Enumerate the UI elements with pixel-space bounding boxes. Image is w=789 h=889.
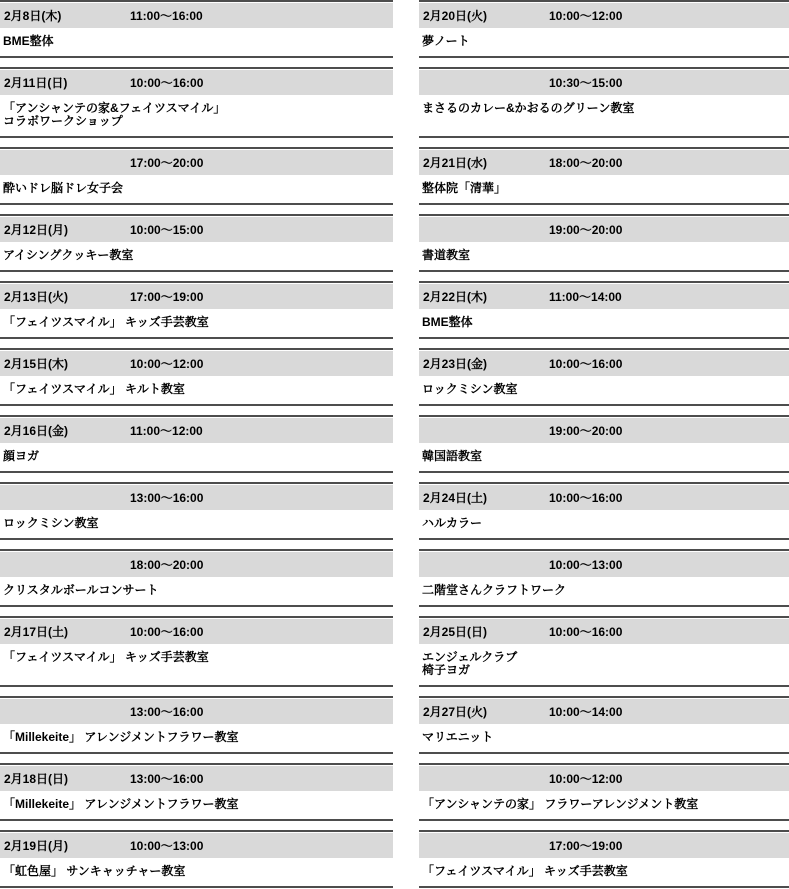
event-date: 2月16日(金) xyxy=(0,422,130,439)
event-title: マリエニット xyxy=(419,724,789,752)
event-date: 2月20日(火) xyxy=(419,7,549,24)
event-time: 13:00～16:00 xyxy=(130,770,203,787)
event-cell: 2月13日(火)17:00～19:00「フェイツスマイル」 キッズ手芸教室 xyxy=(0,281,393,339)
event-date: 2月23日(金) xyxy=(419,355,549,372)
event-cell: 19:00～20:00韓国語教室 xyxy=(419,415,789,473)
event-header-bar: 2月17日(土)10:00～16:00 xyxy=(0,619,393,644)
event-header-bar: 10:00～13:00 xyxy=(419,552,789,577)
event-title: アイシングクッキー教室 xyxy=(0,242,393,270)
event-time: 10:00～14:00 xyxy=(549,703,622,720)
event-time: 10:00～15:00 xyxy=(130,221,203,238)
event-cell: 2月23日(金)10:00～16:00ロックミシン教室 xyxy=(419,348,789,406)
event-cell: 13:00～16:00「Millekeite」 アレンジメントフラワー教室 xyxy=(0,696,393,754)
event-time: 19:00～20:00 xyxy=(549,422,622,439)
event-title: 顔ヨガ xyxy=(0,443,393,471)
event-cell: 2月19日(月)10:00～13:00「虹色屋」 サンキャッチャー教室 xyxy=(0,830,393,888)
event-header-bar: 2月20日(火)10:00～12:00 xyxy=(419,3,789,28)
event-cell: 18:00～20:00クリスタルボールコンサート xyxy=(0,549,393,607)
event-cell: 2月22日(木)11:00～14:00BME整体 xyxy=(419,281,789,339)
event-time: 17:00～19:00 xyxy=(130,288,203,305)
event-cell: 2月17日(土)10:00～16:00「フェイツスマイル」 キッズ手芸教室 xyxy=(0,616,393,687)
event-cell: 13:00～16:00ロックミシン教室 xyxy=(0,482,393,540)
event-time: 11:00～16:00 xyxy=(130,7,203,24)
event-title: 「フェイツスマイル」 キルト教室 xyxy=(0,376,393,404)
event-header-bar: 2月8日(木)11:00～16:00 xyxy=(0,3,393,28)
event-title: エンジェルクラブ 椅子ヨガ xyxy=(419,644,789,685)
event-header-bar: 2月19日(月)10:00～13:00 xyxy=(0,833,393,858)
event-title: 二階堂さんクラフトワーク xyxy=(419,577,789,605)
event-date: 2月18日(日) xyxy=(0,770,130,787)
event-cell: 2月16日(金)11:00～12:00顔ヨガ xyxy=(0,415,393,473)
event-time: 18:00～20:00 xyxy=(549,154,622,171)
event-header-bar: 19:00～20:00 xyxy=(419,217,789,242)
event-header-bar: 19:00～20:00 xyxy=(419,418,789,443)
event-header-bar: 2月13日(火)17:00～19:00 xyxy=(0,284,393,309)
event-cell: 2月18日(日)13:00～16:00「Millekeite」 アレンジメントフ… xyxy=(0,763,393,821)
event-title: 「フェイツスマイル」 キッズ手芸教室 xyxy=(0,644,393,685)
event-header-bar: 2月23日(金)10:00～16:00 xyxy=(419,351,789,376)
event-date: 2月27日(火) xyxy=(419,703,549,720)
event-header-bar: 2月22日(木)11:00～14:00 xyxy=(419,284,789,309)
event-time: 10:30～15:00 xyxy=(549,74,622,91)
event-cell: 17:00～20:00酔いドレ脳ドレ女子会 xyxy=(0,147,393,205)
event-cell: 10:00～13:00二階堂さんクラフトワーク xyxy=(419,549,789,607)
event-date: 2月25日(日) xyxy=(419,623,549,640)
event-cell: 2月12日(月)10:00～15:00アイシングクッキー教室 xyxy=(0,214,393,272)
event-cell: 19:00～20:00書道教室 xyxy=(419,214,789,272)
event-header-bar: 2月27日(火)10:00～14:00 xyxy=(419,699,789,724)
event-title: ロックミシン教室 xyxy=(0,510,393,538)
event-header-bar: 2月18日(日)13:00～16:00 xyxy=(0,766,393,791)
event-title: 整体院「清華」 xyxy=(419,175,789,203)
event-time: 10:00～13:00 xyxy=(549,556,622,573)
event-time: 10:00～16:00 xyxy=(549,623,622,640)
event-cell: 2月27日(火)10:00～14:00マリエニット xyxy=(419,696,789,754)
event-title: 韓国語教室 xyxy=(419,443,789,471)
event-header-bar: 13:00～16:00 xyxy=(0,699,393,724)
event-header-bar: 2月16日(金)11:00～12:00 xyxy=(0,418,393,443)
event-time: 11:00～14:00 xyxy=(549,288,622,305)
event-header-bar: 2月12日(月)10:00～15:00 xyxy=(0,217,393,242)
event-cell: 2月24日(土)10:00～16:00ハルカラー xyxy=(419,482,789,540)
event-header-bar: 2月25日(日)10:00～16:00 xyxy=(419,619,789,644)
event-title: 酔いドレ脳ドレ女子会 xyxy=(0,175,393,203)
event-title: 「アンシャンテの家&フェイツスマイル」 コラボワークショップ xyxy=(0,95,393,136)
schedule-page: 2月8日(木)11:00～16:00BME整体2月11日(日)10:00～16:… xyxy=(0,0,789,889)
event-time: 10:00～13:00 xyxy=(130,837,203,854)
event-header-bar: 2月21日(水)18:00～20:00 xyxy=(419,150,789,175)
event-title: 「Millekeite」 アレンジメントフラワー教室 xyxy=(0,791,393,819)
event-cell: 2月15日(木)10:00～12:00「フェイツスマイル」 キルト教室 xyxy=(0,348,393,406)
event-header-bar: 17:00～19:00 xyxy=(419,833,789,858)
event-time: 10:00～16:00 xyxy=(549,489,622,506)
event-time: 18:00～20:00 xyxy=(130,556,203,573)
event-time: 19:00～20:00 xyxy=(549,221,622,238)
event-title: ハルカラー xyxy=(419,510,789,538)
event-cell: 2月8日(木)11:00～16:00BME整体 xyxy=(0,0,393,58)
event-title: 「フェイツスマイル」 キッズ手芸教室 xyxy=(0,309,393,337)
event-date: 2月13日(火) xyxy=(0,288,130,305)
event-date: 2月22日(木) xyxy=(419,288,549,305)
event-time: 11:00～12:00 xyxy=(130,422,203,439)
event-time: 10:00～12:00 xyxy=(549,7,622,24)
event-time: 10:00～16:00 xyxy=(130,623,203,640)
event-date: 2月8日(木) xyxy=(0,7,130,24)
event-date: 2月19日(月) xyxy=(0,837,130,854)
event-header-bar: 18:00～20:00 xyxy=(0,552,393,577)
event-title: 「フェイツスマイル」 キッズ手芸教室 xyxy=(419,858,789,886)
event-title: クリスタルボールコンサート xyxy=(0,577,393,605)
event-header-bar: 2月11日(日)10:00～16:00 xyxy=(0,70,393,95)
event-header-bar: 10:30～15:00 xyxy=(419,70,789,95)
event-title: 「Millekeite」 アレンジメントフラワー教室 xyxy=(0,724,393,752)
event-cell: 2月25日(日)10:00～16:00エンジェルクラブ 椅子ヨガ xyxy=(419,616,789,687)
event-title: 夢ノート xyxy=(419,28,789,56)
event-time: 10:00～12:00 xyxy=(130,355,203,372)
schedule-grid: 2月8日(木)11:00～16:00BME整体2月11日(日)10:00～16:… xyxy=(0,0,789,888)
event-title: 「アンシャンテの家」 フラワーアレンジメント教室 xyxy=(419,791,789,819)
event-time: 10:00～16:00 xyxy=(130,74,203,91)
event-title: 「虹色屋」 サンキャッチャー教室 xyxy=(0,858,393,886)
event-title: まさるのカレー&かおるのグリーン教室 xyxy=(419,95,789,136)
event-header-bar: 17:00～20:00 xyxy=(0,150,393,175)
event-cell: 2月11日(日)10:00～16:00「アンシャンテの家&フェイツスマイル」 コ… xyxy=(0,67,393,138)
event-title: BME整体 xyxy=(419,309,789,337)
event-cell: 10:30～15:00まさるのカレー&かおるのグリーン教室 xyxy=(419,67,789,138)
event-cell: 2月20日(火)10:00～12:00夢ノート xyxy=(419,0,789,58)
event-title: 書道教室 xyxy=(419,242,789,270)
event-time: 17:00～20:00 xyxy=(130,154,203,171)
event-cell: 2月21日(水)18:00～20:00整体院「清華」 xyxy=(419,147,789,205)
event-cell: 10:00～12:00「アンシャンテの家」 フラワーアレンジメント教室 xyxy=(419,763,789,821)
event-date: 2月15日(木) xyxy=(0,355,130,372)
event-date: 2月12日(月) xyxy=(0,221,130,238)
event-header-bar: 2月15日(木)10:00～12:00 xyxy=(0,351,393,376)
event-date: 2月11日(日) xyxy=(0,74,130,91)
event-cell: 17:00～19:00「フェイツスマイル」 キッズ手芸教室 xyxy=(419,830,789,888)
event-title: ロックミシン教室 xyxy=(419,376,789,404)
event-time: 13:00～16:00 xyxy=(130,703,203,720)
event-date: 2月17日(土) xyxy=(0,623,130,640)
event-date: 2月21日(水) xyxy=(419,154,549,171)
event-time: 10:00～16:00 xyxy=(549,355,622,372)
event-header-bar: 2月24日(土)10:00～16:00 xyxy=(419,485,789,510)
event-header-bar: 13:00～16:00 xyxy=(0,485,393,510)
event-time: 13:00～16:00 xyxy=(130,489,203,506)
event-date: 2月24日(土) xyxy=(419,489,549,506)
event-header-bar: 10:00～12:00 xyxy=(419,766,789,791)
event-time: 10:00～12:00 xyxy=(549,770,622,787)
event-title: BME整体 xyxy=(0,28,393,56)
event-time: 17:00～19:00 xyxy=(549,837,622,854)
